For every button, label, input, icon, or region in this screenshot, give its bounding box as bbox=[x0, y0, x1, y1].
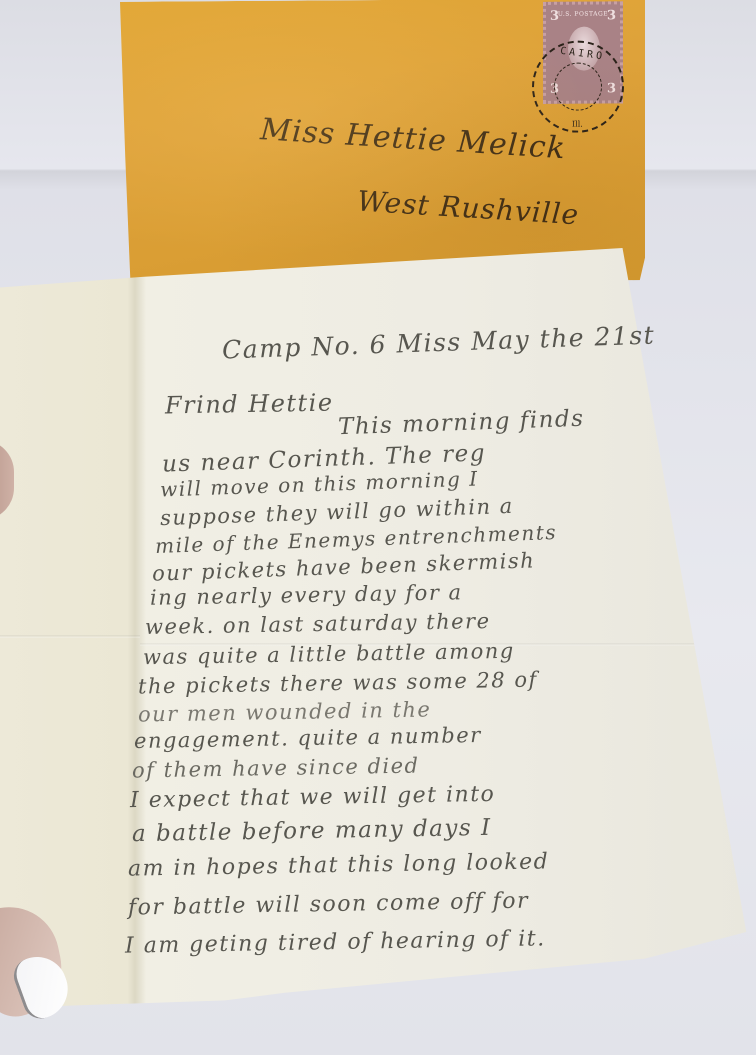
stamp-caption: U.S. POSTAGE bbox=[546, 10, 620, 18]
postage-stamp: U.S. POSTAGE 3 3 3 3 bbox=[543, 1, 623, 104]
stamp-denomination: 3 bbox=[607, 8, 616, 23]
postmark-inner-ring bbox=[554, 62, 602, 110]
letter-line: our men wounded in the bbox=[138, 697, 432, 726]
postmark: CAIRO Ill. bbox=[532, 40, 624, 133]
photo-scene: U.S. POSTAGE 3 3 3 3 CAIRO Ill. Miss Het… bbox=[0, 0, 756, 1055]
letter-salutation: Frind Hettie bbox=[165, 389, 334, 420]
stamp-denomination: 3 bbox=[550, 9, 559, 24]
postmark-state: Ill. bbox=[572, 120, 583, 129]
postmark-town: CAIRO bbox=[559, 46, 605, 63]
letter-line: of them have since died bbox=[132, 753, 420, 782]
envelope: U.S. POSTAGE 3 3 3 3 CAIRO Ill. Miss Het… bbox=[120, 0, 645, 284]
address-town: West Rushville bbox=[356, 184, 580, 231]
washington-portrait-icon bbox=[568, 26, 600, 70]
stamp-denomination: 3 bbox=[550, 82, 559, 97]
address-recipient: Miss Hettie Melick bbox=[259, 112, 567, 166]
stamp-denomination: 3 bbox=[607, 81, 616, 96]
